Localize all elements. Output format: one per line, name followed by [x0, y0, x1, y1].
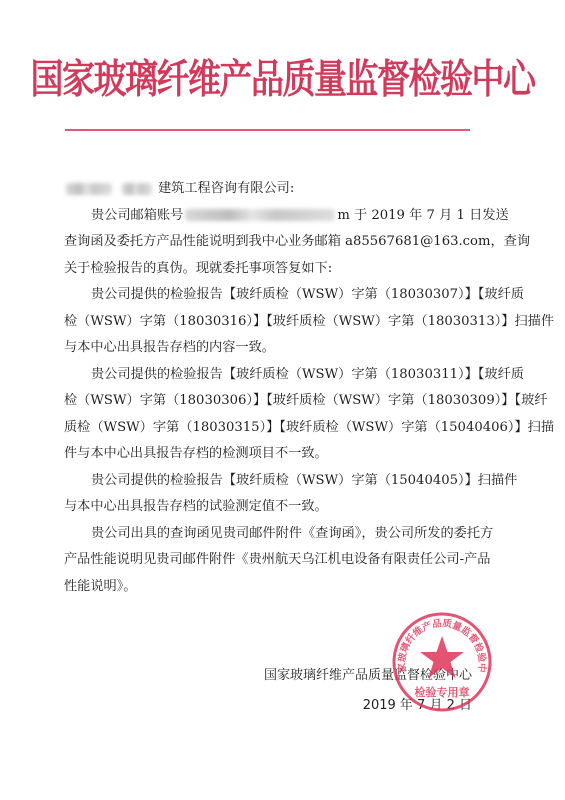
letterhead-divider — [65, 129, 470, 131]
redacted-email — [185, 209, 335, 221]
redacted-recipient-name-2 — [122, 183, 152, 195]
letterhead-title: 国家玻璃纤维产品质量监督检验中心 — [0, 59, 565, 99]
paragraph-line: 贵公司邮箱账号m 于 2019 年 7 月 1 日发送 — [64, 203, 472, 230]
paragraph-line: 关于检验报告的真伪。现就委托事项答复如下: — [64, 256, 472, 283]
signature-date: 2019 年 7 月 2 日 — [172, 694, 472, 713]
paragraph-line: 检（WSW）字第（18030306）】【玻纤质检（WSW）字第（18030309… — [64, 388, 472, 415]
paragraph-line: 产品性能说明见贵司邮件附件《贵州航天乌江机电设备有限责任公司-产品 — [64, 547, 472, 574]
letter-body: 建筑工程咨询有限公司: 贵公司邮箱账号m 于 2019 年 7 月 1 日发送 … — [64, 176, 472, 600]
paragraph-line: 贵公司出具的查询函见贵司邮件附件《查询函》，贵公司所发的委托方 — [64, 521, 472, 548]
redacted-recipient-name — [66, 183, 112, 195]
paragraph-line: 与本中心出具报告存档的试验测定值不一致。 — [64, 494, 472, 521]
paragraph-line: 贵公司提供的检验报告【玻纤质检（WSW）字第（18030307）】【玻纤质 — [64, 282, 472, 309]
paragraph-line: 检（WSW）字第（18030316）】【玻纤质检（WSW）字第（18030313… — [64, 309, 472, 336]
paragraph-line: 贵公司提供的检验报告【玻纤质检（WSW）字第（18030311）】【玻纤质 — [64, 362, 472, 389]
paragraph-line: 与本中心出具报告存档的内容一致。 — [64, 335, 472, 362]
line-text: m 于 2019 年 7 月 1 日发送 — [337, 208, 508, 223]
recipient-suffix: 建筑工程咨询有限公司: — [158, 181, 294, 196]
signature-org: 国家玻璃纤维产品质量监督检验中心 — [172, 664, 472, 683]
paragraph-line: 件与本中心出具报告存档的检测项目不一致。 — [64, 441, 472, 468]
salutation: 建筑工程咨询有限公司: — [64, 176, 472, 203]
line-text: 贵公司邮箱账号 — [91, 208, 183, 223]
paragraph-line: 质检（WSW）字第（18030315）】【玻纤质检（WSW）字第（1504040… — [64, 415, 472, 442]
paragraph-line: 查询函及委托方产品性能说明到我中心业务邮箱 a85567681@163.com，… — [64, 229, 472, 256]
paragraph-line: 性能说明》。 — [64, 574, 472, 601]
paragraph-line: 贵公司提供的检验报告【玻纤质检（WSW）字第（15040405）】扫描件 — [64, 468, 472, 495]
